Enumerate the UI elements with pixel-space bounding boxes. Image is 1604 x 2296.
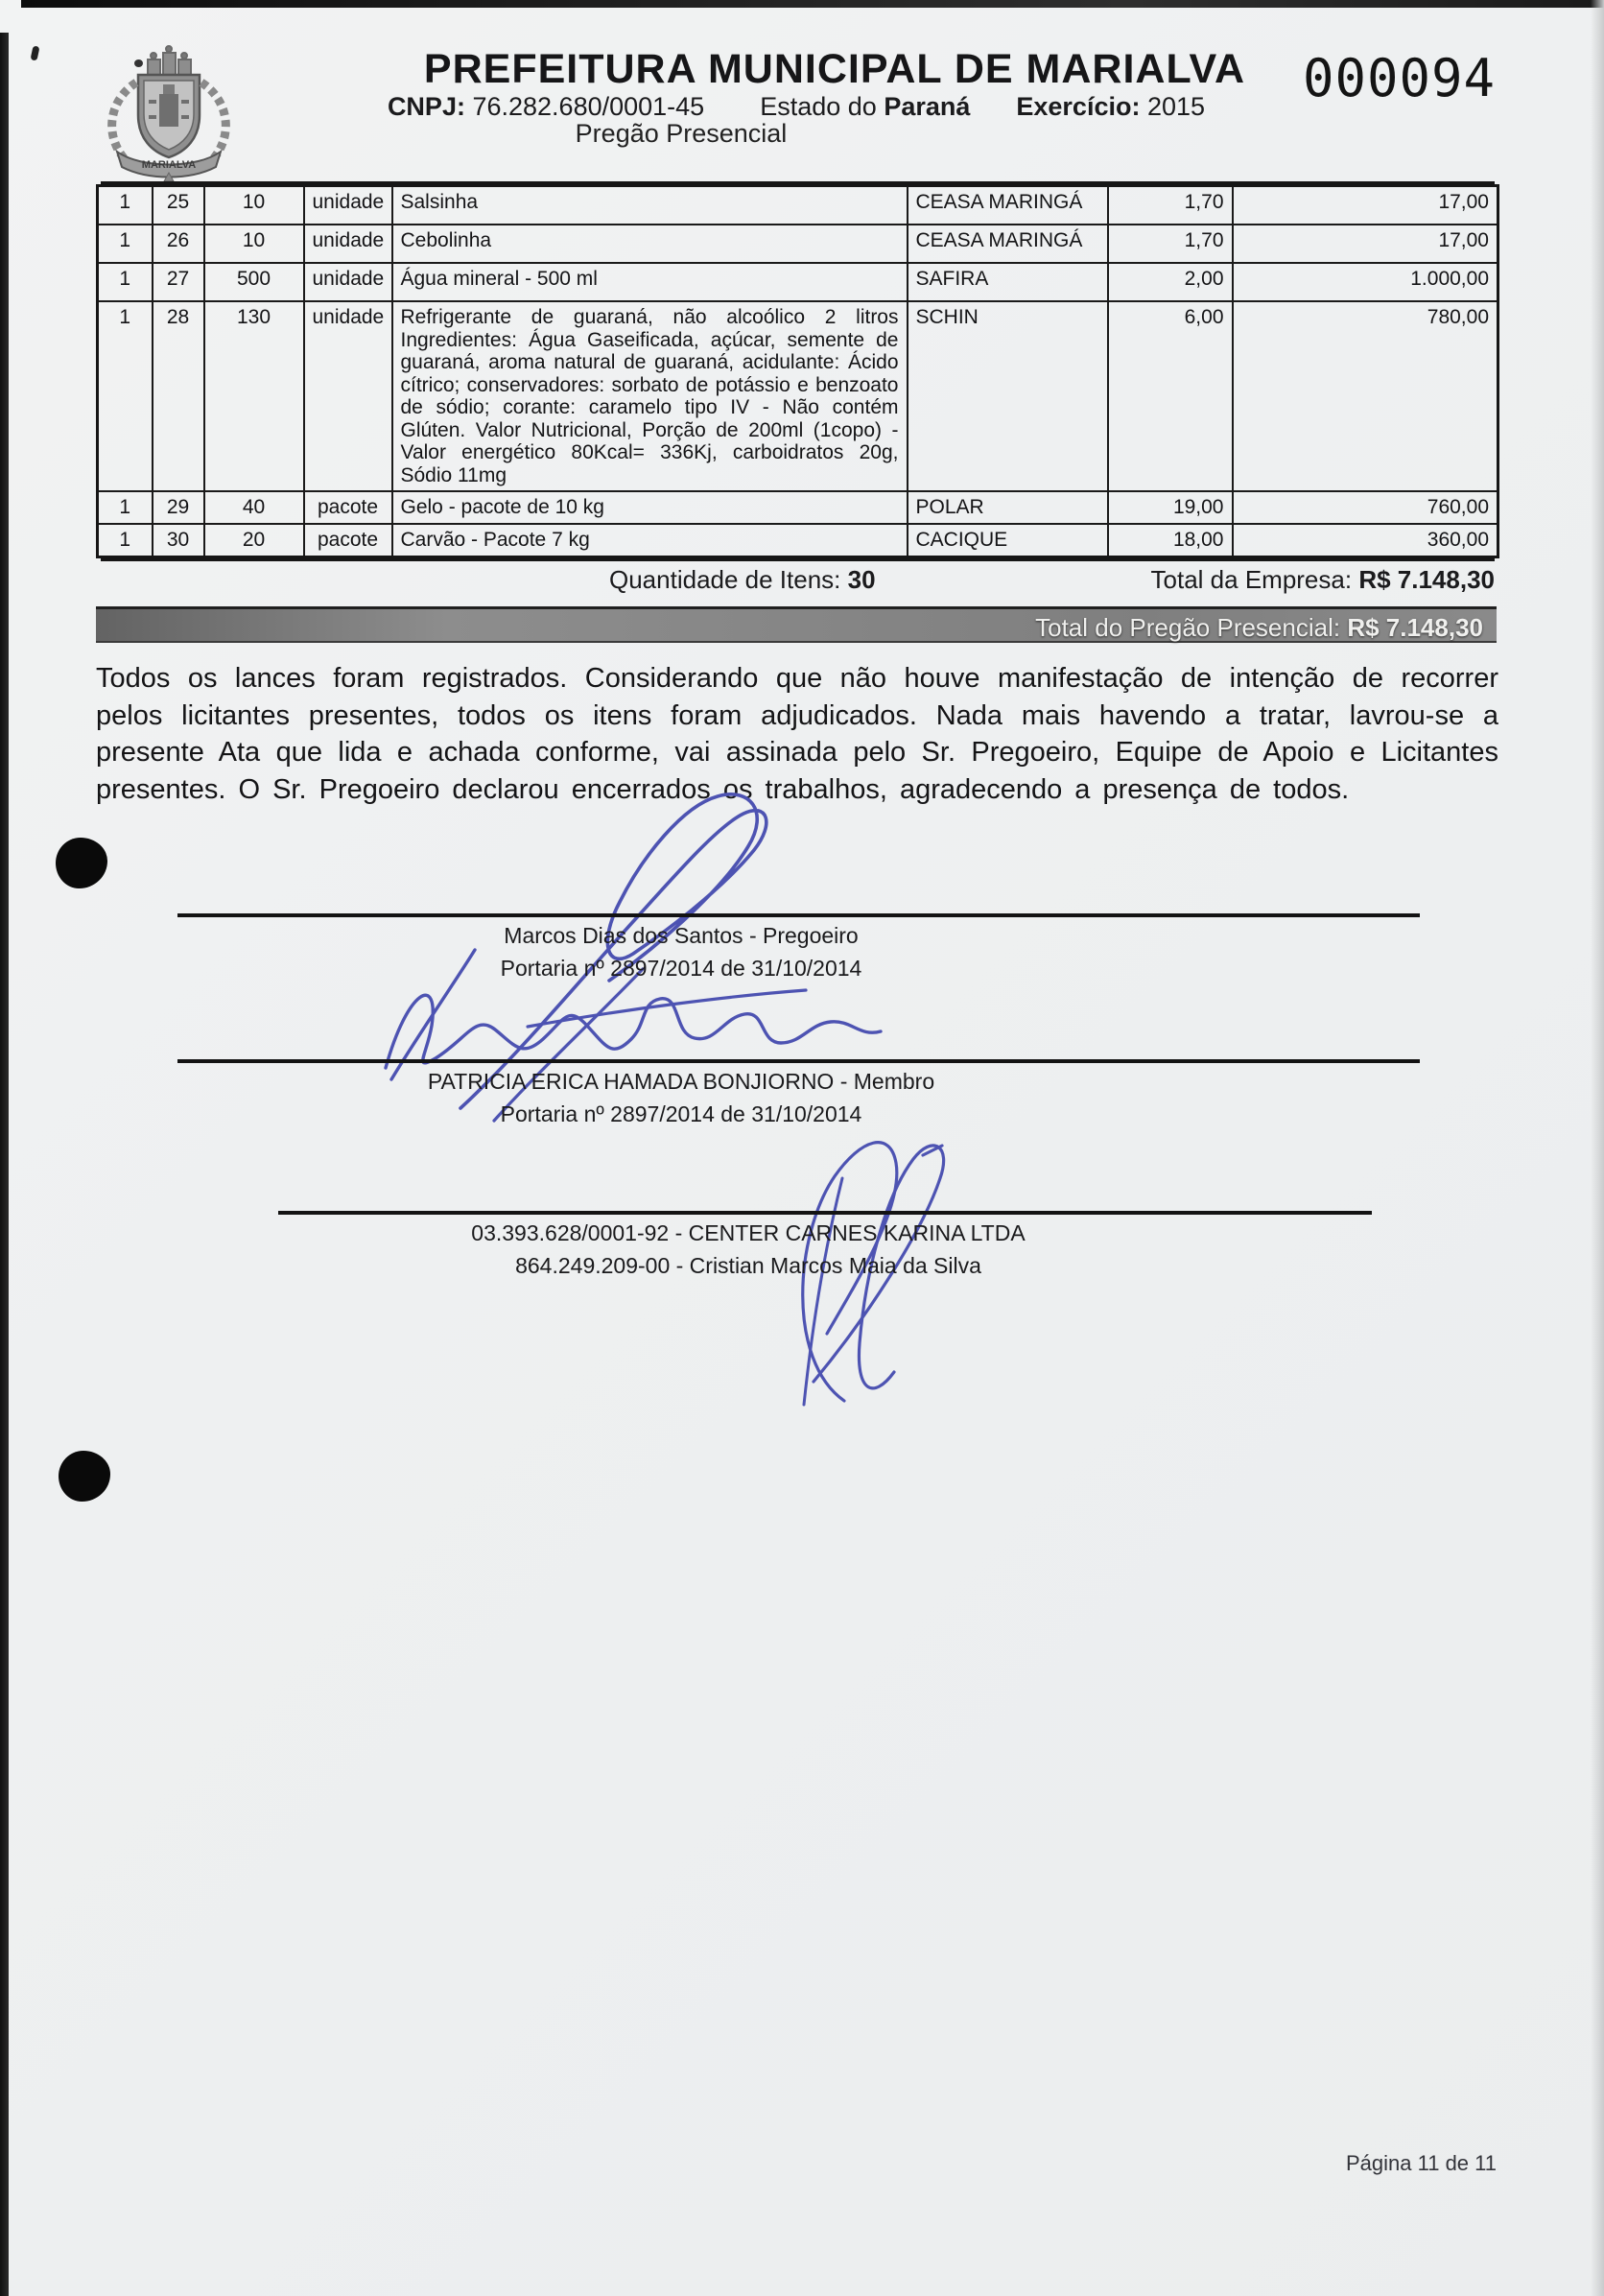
signature-block-licitante: 03.393.628/0001-92 - CENTER CARNES KARIN… [278, 1217, 1218, 1282]
company-total: Total da Empresa: R$ 7.148,30 [1151, 565, 1495, 595]
unit-price-cell: 18,00 [1108, 524, 1233, 557]
qty-cell: 10 [204, 225, 304, 263]
supplier-cell: CACIQUE [908, 524, 1108, 557]
lot-cell: 1 [98, 301, 153, 491]
items-table: 1 25 10 unidade Salsinha CEASA MARINGÁ 1… [96, 184, 1499, 558]
summary-row: Quantidade de Itens: 30 Total da Empresa… [96, 565, 1497, 598]
table-row: 1 29 40 pacote Gelo - pacote de 10 kg PO… [98, 491, 1498, 524]
description-cell: Carvão - Pacote 7 kg [392, 524, 908, 557]
description-cell: Salsinha [392, 186, 908, 225]
description-cell: Gelo - pacote de 10 kg [392, 491, 908, 524]
unit-cell: pacote [304, 524, 392, 557]
signer-detail: 864.249.209-00 - Cristian Marcos Maia da… [278, 1249, 1218, 1282]
signature-line [177, 913, 1420, 917]
items-count: Quantidade de Itens: 30 [609, 565, 876, 595]
lot-cell: 1 [98, 225, 153, 263]
description-cell: Água mineral - 500 ml [392, 263, 908, 301]
qty-cell: 130 [204, 301, 304, 491]
exercicio-value: 2015 [1147, 92, 1205, 121]
grand-total-label: Total do Pregão Presencial: [1035, 613, 1340, 642]
document-subtitle: Pregão Presencial [0, 119, 1362, 149]
exercicio-label: Exercício: [1016, 92, 1140, 121]
item-cell: 29 [153, 491, 204, 524]
signer-name: 03.393.628/0001-92 - CENTER CARNES KARIN… [278, 1217, 1218, 1249]
qty-cell: 500 [204, 263, 304, 301]
item-cell: 25 [153, 186, 204, 225]
unit-price-cell: 6,00 [1108, 301, 1233, 491]
hole-punch [59, 1451, 110, 1502]
unit-price-cell: 1,70 [1108, 225, 1233, 263]
table-row: 1 26 10 unidade Cebolinha CEASA MARINGÁ … [98, 225, 1498, 263]
unit-price-cell: 19,00 [1108, 491, 1233, 524]
supplier-cell: CEASA MARINGÁ [908, 186, 1108, 225]
signer-name: Marcos Dias dos Santos - Pregoeiro [177, 919, 1185, 952]
items-table-region: 1 25 10 unidade Salsinha CEASA MARINGÁ 1… [96, 184, 1497, 643]
table-row: 1 30 20 pacote Carvão - Pacote 7 kg CACI… [98, 524, 1498, 557]
estado-prefix: Estado do [760, 92, 877, 121]
unit-cell: unidade [304, 301, 392, 491]
qty-cell: 20 [204, 524, 304, 557]
grand-total-band: Total do Pregão Presencial: R$ 7.148,30 [96, 606, 1497, 643]
total-cell: 17,00 [1233, 186, 1498, 225]
lot-cell: 1 [98, 263, 153, 301]
lot-cell: 1 [98, 524, 153, 557]
minutes-paragraph: Todos os lances foram registrados. Consi… [96, 660, 1498, 808]
unit-price-cell: 1,70 [1108, 186, 1233, 225]
scan-left-edge [0, 33, 9, 2296]
item-cell: 26 [153, 225, 204, 263]
table-row: 1 27 500 unidade Água mineral - 500 ml S… [98, 263, 1498, 301]
lot-cell: 1 [98, 491, 153, 524]
unit-cell: unidade [304, 186, 392, 225]
signature-line [177, 1059, 1420, 1063]
qty-cell: 10 [204, 186, 304, 225]
total-cell: 17,00 [1233, 225, 1498, 263]
signer-detail: Portaria nº 2897/2014 de 31/10/2014 [177, 952, 1185, 984]
unit-price-cell: 2,00 [1108, 263, 1233, 301]
total-cell: 760,00 [1233, 491, 1498, 524]
scan-top-edge [21, 0, 1604, 8]
total-cell: 1.000,00 [1233, 263, 1498, 301]
signature-block-membro: PATRICIA ERICA HAMADA BONJIORNO - Membro… [177, 1065, 1185, 1130]
scan-right-shadow [1591, 0, 1604, 2296]
stamp-page-number: 000094 [1303, 48, 1496, 108]
description-cell: Refrigerante de guaraná, não alcoólico 2… [392, 301, 908, 491]
grand-total-value: R$ 7.148,30 [1347, 613, 1483, 642]
supplier-cell: POLAR [908, 491, 1108, 524]
hole-punch [56, 838, 107, 888]
signature-line [278, 1211, 1372, 1215]
cnpj-value: 76.282.680/0001-45 [472, 92, 704, 121]
qty-cell: 40 [204, 491, 304, 524]
unit-cell: unidade [304, 263, 392, 301]
total-cell: 360,00 [1233, 524, 1498, 557]
estado-value: Paraná [884, 92, 970, 121]
unit-cell: pacote [304, 491, 392, 524]
total-cell: 780,00 [1233, 301, 1498, 491]
scanned-document-page: MARIALVA PREFEITURA MUNICIPAL DE MARIALV… [0, 0, 1604, 2296]
signature-block-pregoeiro: Marcos Dias dos Santos - Pregoeiro Porta… [177, 919, 1185, 984]
item-cell: 28 [153, 301, 204, 491]
signer-name: PATRICIA ERICA HAMADA BONJIORNO - Membro [177, 1065, 1185, 1098]
description-cell: Cebolinha [392, 225, 908, 263]
supplier-cell: CEASA MARINGÁ [908, 225, 1108, 263]
cnpj-label: CNPJ: [388, 92, 465, 121]
scan-speck [31, 45, 40, 60]
table-row: 1 25 10 unidade Salsinha CEASA MARINGÁ 1… [98, 186, 1498, 225]
lot-cell: 1 [98, 186, 153, 225]
supplier-cell: SCHIN [908, 301, 1108, 491]
table-row: 1 28 130 unidade Refrigerante de guaraná… [98, 301, 1498, 491]
supplier-cell: SAFIRA [908, 263, 1108, 301]
item-cell: 30 [153, 524, 204, 557]
logo-banner-text: MARIALVA [142, 159, 196, 171]
page-footer: Página 11 de 11 [1190, 2151, 1497, 2176]
header-info-line: CNPJ: 76.282.680/0001-45Estado do Paraná… [115, 92, 1477, 122]
item-cell: 27 [153, 263, 204, 301]
unit-cell: unidade [304, 225, 392, 263]
signer-detail: Portaria nº 2897/2014 de 31/10/2014 [177, 1098, 1185, 1130]
